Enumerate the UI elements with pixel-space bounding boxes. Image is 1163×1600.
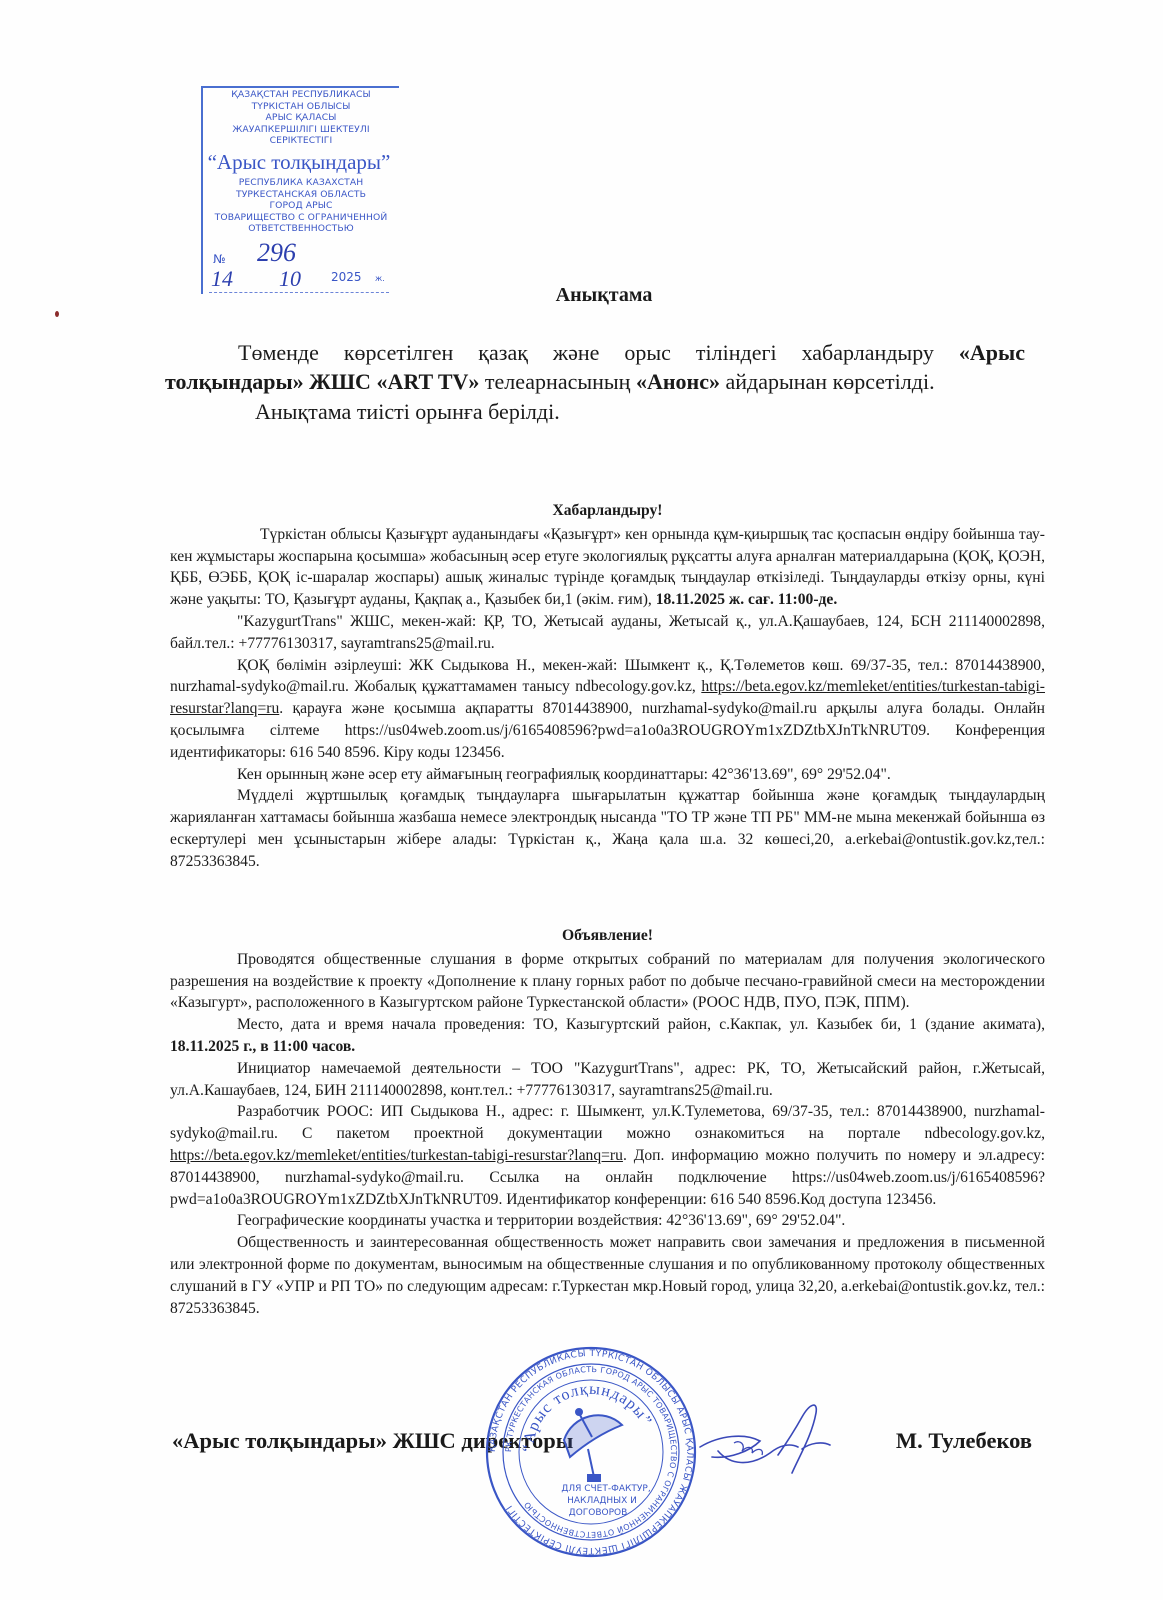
stamp-line: ҚАЗАҚСТАН РЕСПУБЛИКАСЫ [203, 89, 399, 101]
paragraph-text: Түркістан облысы Қазығұрт ауданындағы «Қ… [170, 526, 1045, 608]
paragraph-text: Место, дата и время начала проведения: Т… [237, 1016, 1045, 1033]
egov-link[interactable]: https://beta.egov.kz/memleket/entities/t… [170, 1147, 623, 1164]
seal-center-line: ДОГОВОРОВ [569, 1508, 628, 1518]
kazakh-notice-paragraph: Түркістан облысы Қазығұрт ауданындағы «Қ… [170, 524, 1045, 611]
kazakh-notice-paragraph: Мүдделі жұртшылық қоғамдық тыңдауларға ш… [170, 785, 1045, 872]
kazakh-notice-paragraph: Кен орынның және әсер ету аймағының геог… [170, 764, 1045, 786]
round-seal-icon: ҚАЗАҚСТАН РЕСПУБЛИКАСЫ ТҮРКІСТАН ОБЛЫСЫ … [484, 1345, 698, 1559]
russian-notice-paragraph: Инициатор намечаемой деятельности – ТОО … [170, 1058, 1045, 1102]
handwritten-signature-icon [690, 1395, 840, 1485]
intro-paragraph: Төменде көрсетілген қазақ және орыс тілі… [165, 338, 1025, 396]
paragraph-text: . қарауға және қосымша ақпаратты 8701443… [170, 700, 1045, 761]
stamp-number-label: № [213, 252, 225, 266]
scanned-document-page: ҚАЗАҚСТАН РЕСПУБЛИКАСЫ ТҮРКІСТАН ОБЛЫСЫ … [0, 0, 1163, 1600]
document-title: Анықтама [0, 284, 1163, 307]
stamp-number: 296 [257, 238, 296, 268]
stamp-date-year: 2025 [331, 270, 362, 284]
stamp-line: ТҮРКІСТАН ОБЛЫСЫ [203, 101, 399, 113]
intro-section: Төменде көрсетілген қазақ және орыс тілі… [165, 338, 1025, 426]
stamp-line: ГОРОД АРЫС [203, 200, 399, 212]
stamp-line: ТУРКЕСТАНСКАЯ ОБЛАСТЬ [203, 189, 399, 201]
hearing-datetime-bold: 18.11.2025 г., в 11:00 часов. [170, 1038, 355, 1055]
russian-notice: Объявление! Проводятся общественные слуш… [170, 925, 1045, 1319]
kazakh-notice-paragraph: "KazygurtTrans" ЖШС, мекен-жай: ҚР, ТО, … [170, 611, 1045, 655]
kazakh-notice-heading: Хабарландыру! [170, 500, 1045, 522]
intro-text: телеарнасының [479, 369, 636, 394]
stamp-org-name: “Арыс толқындары” [199, 149, 399, 175]
stamp-line: СЕРІКТЕСТІГІ [203, 135, 399, 147]
stamp-line: АРЫС ҚАЛАСЫ [203, 112, 399, 124]
russian-notice-paragraph: Разработчик РООС: ИП Сыдыкова Н., адрес:… [170, 1101, 1045, 1210]
russian-notice-heading: Объявление! [170, 925, 1045, 947]
russian-notice-paragraph: Общественность и заинтересованная общест… [170, 1232, 1045, 1319]
kazakh-notice-paragraph: ҚОҚ бөлімін әзірлеуші: ЖК Сыдыкова Н., м… [170, 655, 1045, 764]
director-name: М. Тулебеков [896, 1428, 1032, 1454]
registration-stamp: ҚАЗАҚСТАН РЕСПУБЛИКАСЫ ТҮРКІСТАН ОБЛЫСЫ … [201, 86, 399, 294]
hearing-datetime-bold: 18.11.2025 ж. сағ. 11:00-де. [656, 591, 838, 608]
russian-notice-paragraph: Проводятся общественные слушания в форме… [170, 949, 1045, 1014]
stamp-line: ОТВЕТСТВЕННОСТЬЮ [203, 223, 399, 235]
paragraph-text: Разработчик РООС: ИП Сыдыкова Н., адрес:… [170, 1103, 1045, 1142]
stamp-line: РЕСПУБЛИКА КАЗАХСТАН [203, 177, 399, 189]
intro-paragraph-2: Анықтама тиісті орынға берілді. [165, 397, 1025, 426]
seal-center-line: НАКЛАДНЫХ И [567, 1496, 637, 1506]
stamp-line: ТОВАРИЩЕСТВО С ОГРАНИЧЕННОЙ [203, 212, 399, 224]
kazakh-notice: Хабарландыру! Түркістан облысы Қазығұрт … [170, 500, 1045, 873]
stamp-date-suffix: ж. [375, 274, 385, 283]
stamp-line: ЖАУАПКЕРШІЛІГІ ШЕКТЕУЛІ [203, 124, 399, 136]
scan-speck [55, 311, 59, 317]
intro-text: Төменде көрсетілген қазақ және орыс тілі… [238, 340, 959, 365]
russian-notice-paragraph: Географические координаты участка и терр… [170, 1210, 1045, 1232]
seal-center-line: ДЛЯ СЧЕТ-ФАКТУР, [561, 1484, 650, 1494]
stamp-number-row: № 296 [209, 244, 399, 268]
russian-notice-paragraph: Место, дата и время начала проведения: Т… [170, 1014, 1045, 1058]
intro-text: айдарынан көрсетілді. [720, 369, 935, 394]
intro-rubric-bold: «Анонс» [636, 369, 720, 394]
